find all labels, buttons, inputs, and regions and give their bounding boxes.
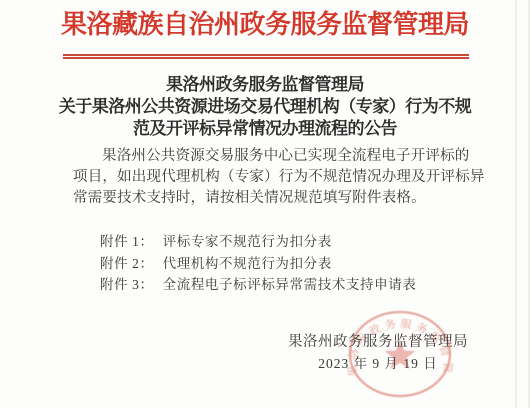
notice-title-line-3: 范及开评标异常情况办理流程的公告 <box>0 118 530 140</box>
notice-title-line-2: 关于果洛州公共资源进场交易代理机构（专家）行为不规 <box>0 96 530 118</box>
attachment-item-3: 附件 3：全流程电子标评标异常需技术支持申请表 <box>100 274 416 296</box>
attachment-1-label: 附件 1： <box>100 234 154 249</box>
scan-artifact-line <box>515 0 517 408</box>
signature-agency: 果洛州政务服务监督管理局 <box>278 330 478 351</box>
attachment-3-label: 附件 3： <box>100 277 154 292</box>
attachment-1-title: 评标专家不规范行为扣分表 <box>163 234 332 249</box>
document-page: 果洛藏族自治州政务服务监督管理局 果洛州政务服务监督管理局 关于果洛州公共资源进… <box>0 0 530 408</box>
body-line-1: 果洛州公共资源交易服务中心已实现全流程电子开评标的 <box>73 146 467 167</box>
signature-date: 2023 年 9 月 19 日 <box>278 352 478 372</box>
notice-title: 果洛州政务服务监督管理局 关于果洛州公共资源进场交易代理机构（专家）行为不规 范… <box>0 74 530 140</box>
attachment-3-title: 全流程电子标评标异常需技术支持申请表 <box>163 277 417 292</box>
letterhead-divider <box>63 54 469 59</box>
attachment-item-2: 附件 2：代理机构不规范行为扣分表 <box>100 253 416 275</box>
attachment-list: 附件 1：评标专家不规范行为扣分表 附件 2：代理机构不规范行为扣分表 附件 3… <box>100 231 416 296</box>
attachment-2-label: 附件 2： <box>100 256 154 271</box>
attachment-2-title: 代理机构不规范行为扣分表 <box>163 256 332 271</box>
body-line-2: 项目，如出现代理机构（专家）行为不规范情况办理及开评标异 <box>73 167 467 188</box>
body-line-3: 常需要技术支持时，请按相关情况规范填写附件表格。 <box>73 188 467 209</box>
notice-body: 果洛州公共资源交易服务中心已实现全流程电子开评标的 项目，如出现代理机构（专家）… <box>73 146 467 209</box>
letterhead-agency-name: 果洛藏族自治州政务服务监督管理局 <box>0 8 530 42</box>
attachment-item-1: 附件 1：评标专家不规范行为扣分表 <box>100 231 416 253</box>
notice-title-line-1: 果洛州政务服务监督管理局 <box>0 74 530 96</box>
